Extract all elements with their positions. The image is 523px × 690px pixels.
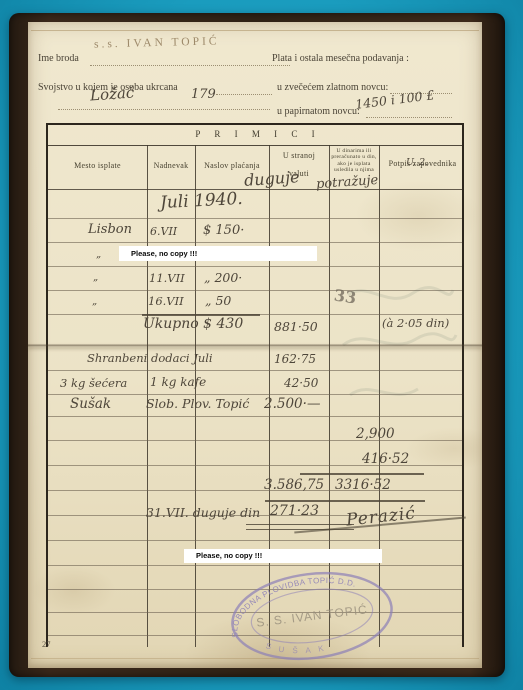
row4-amount: „ 50: [205, 293, 231, 308]
role-line: [216, 93, 272, 95]
stamp-center-text: S. S. IVAN TOPIĆ: [255, 601, 368, 630]
company-stamp: SLOBODNA PLOVIDBA TOPIĆ D.D. S U Š A K S…: [214, 553, 409, 679]
photo-of-document: { "page_number": "27", "watermark": "Ple…: [0, 0, 523, 690]
column-header-dinars: U dinarima ili preračunato u din, ako je…: [331, 148, 377, 173]
watermark-bar: Please, no copy !!!: [184, 549, 382, 563]
sign-note-handwritten: U. 2.: [406, 157, 428, 168]
row4-ditto: „: [92, 296, 97, 307]
debit-note-handwritten: duguje: [243, 167, 300, 190]
row6-foreign: 42·50: [284, 376, 318, 390]
row1-place: Lisbon: [88, 222, 132, 237]
table-title: P R I M I C I: [88, 129, 428, 139]
total2-foreign: 3.586,75: [264, 477, 324, 493]
row2-ditto: „: [96, 249, 101, 260]
row3-date: 11.VII: [149, 271, 185, 285]
pencil-underline: [300, 473, 424, 475]
watermark-bar: Please, no copy !!!: [119, 246, 317, 261]
row3-ditto: „: [93, 272, 98, 283]
row3-amount: „ 200·: [204, 270, 242, 285]
gold-money-label: u zvečećem zlatnom novcu:: [277, 82, 388, 93]
row9-dinars: 416·52: [362, 451, 409, 467]
table-row-line: [48, 242, 462, 243]
table-row-line: [48, 540, 462, 541]
total1-rate-note: (à 2·05 din): [382, 316, 449, 330]
document-page: Ime broda s.s. IVAN TOPIĆ Svojstvo u koj…: [28, 22, 482, 668]
total1-foreign: 881·50: [274, 319, 318, 334]
page-fold-crease: [28, 344, 482, 347]
paper-money-line: [366, 116, 452, 118]
pencil-underline: [265, 500, 425, 502]
page-stack-line-top: [31, 30, 479, 31]
table-row-line: [48, 490, 462, 491]
row4-date: 16.VII: [148, 294, 184, 308]
row6-item: 1 kg kafe: [150, 375, 206, 389]
ink-bleed-marks: [338, 255, 458, 445]
row7-place: Sušak: [70, 396, 111, 412]
row10-label: 31.VII. duguje din: [146, 505, 260, 520]
table-row-line: [48, 145, 462, 146]
column-header-foreign-1: U stranoj: [269, 151, 329, 160]
month-heading-handwritten: Juli 1940.: [160, 189, 244, 213]
role-number-handwritten: 179: [191, 87, 216, 102]
row6-quantity: 3 kg šećera: [60, 376, 127, 390]
pay-title-label: Plata i ostala mesečna podavanja :: [272, 53, 409, 64]
row5-label: Shranbeni dodaci Juli: [87, 351, 213, 365]
role-value-line: [58, 108, 270, 110]
primici-table: P R I M I C I Mesto isplate Nadnevak Nas…: [46, 123, 464, 647]
column-header-place: Mesto isplate: [48, 161, 147, 170]
row8-dinars: 2,900: [356, 426, 395, 442]
column-header-payment: Naslov plaćanja: [195, 161, 269, 170]
row7-foreign: 2.500·—: [264, 396, 320, 412]
row5-foreign: 162·75: [274, 352, 316, 366]
row10-amount: 271·23: [270, 503, 319, 519]
row1-date: 6.VII: [150, 225, 177, 238]
total2-dinars: 3316·52: [335, 477, 391, 493]
table-row-line: [48, 218, 462, 219]
paper-money-label: u papirnatom novcu:: [277, 106, 360, 117]
table-row-line: [48, 565, 462, 566]
ship-name-stamp: s.s. IVAN TOPIĆ: [94, 35, 220, 50]
page-number: 27: [42, 639, 51, 649]
column-header-date: Nadnevak: [147, 161, 195, 170]
ship-name-label: Ime broda: [38, 53, 79, 64]
total1-label: Ukupno $ 430: [143, 316, 243, 332]
ship-name-line: [90, 64, 290, 66]
captain-signature: Perazić: [345, 503, 417, 530]
row1-amount: $ 150·: [203, 223, 244, 238]
row7-payer: Slob. Plov. Topić: [146, 396, 249, 411]
role-value-handwritten: Ložač: [89, 83, 134, 104]
